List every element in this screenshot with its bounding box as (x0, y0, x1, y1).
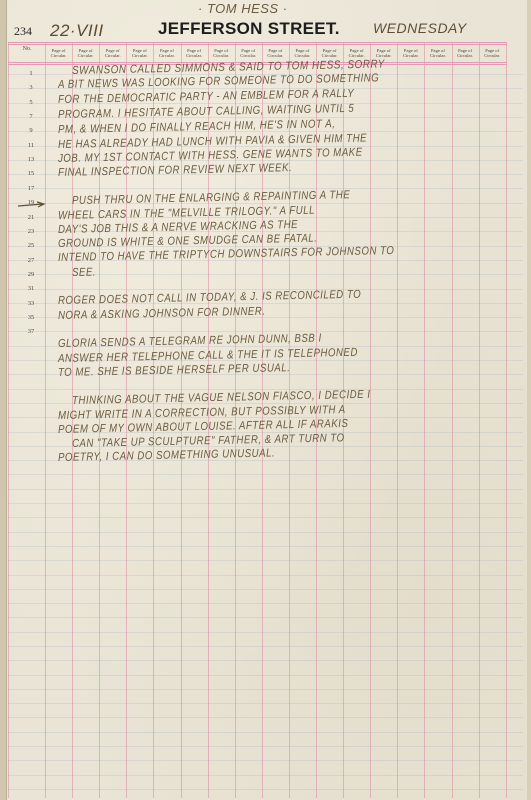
row-rule (8, 489, 523, 490)
row-rule (8, 675, 523, 676)
column-rule (370, 42, 371, 798)
row-number: 17 (20, 185, 42, 192)
column-rule (506, 42, 507, 798)
column-header: Page of Circular. (181, 45, 208, 61)
column-header: Page of Circular. (45, 45, 72, 61)
entry-line: FINAL INSPECTION FOR REVIEW NEXT WEEK. (58, 162, 292, 179)
row-rule (8, 775, 523, 776)
column-header: Page of Circular. (424, 45, 451, 61)
row-rule (8, 546, 523, 547)
row-rule (8, 389, 523, 390)
column-header: Page of Circular. (235, 45, 262, 61)
row-number: 1 (20, 70, 42, 77)
row-rule (8, 789, 523, 790)
row-number: 35 (20, 314, 42, 321)
row-rule (8, 646, 523, 647)
column-header: Page of Circular. (126, 45, 153, 61)
row-number: 37 (20, 328, 42, 335)
row-rule (8, 746, 523, 747)
entry-line: SEE. (72, 266, 96, 279)
row-number: 5 (20, 99, 42, 106)
row-rule (8, 517, 523, 518)
column-rule (424, 42, 425, 798)
row-rule (8, 689, 523, 690)
column-header: Page of Circular. (72, 45, 99, 61)
row-rule (8, 575, 523, 576)
arrow-margin-mark-icon (17, 201, 47, 209)
row-number: 13 (20, 156, 42, 163)
row-number: 15 (20, 170, 42, 177)
column-rule (8, 42, 9, 798)
row-rule (8, 632, 523, 633)
row-number: 3 (20, 84, 42, 91)
header-rule-top (8, 42, 507, 43)
handwritten-date: 22·VIII (50, 21, 104, 41)
row-rule (8, 703, 523, 704)
column-header: Page of Circular. (153, 45, 180, 61)
row-number: 27 (20, 257, 42, 264)
row-number: 7 (20, 113, 42, 120)
column-header: Page of Circular. (208, 45, 235, 61)
ledger-page: 234 22·VIII · TOM HESS · JEFFERSON STREE… (0, 0, 531, 800)
column-header: Page of Circular. (262, 45, 289, 61)
row-rule (8, 331, 523, 332)
row-rule (8, 188, 523, 189)
entry-line: POETRY, I CAN DO SOMETHING UNUSUAL. (58, 447, 275, 464)
row-rule (8, 589, 523, 590)
row-rule (8, 617, 523, 618)
row-rule (8, 560, 523, 561)
row-rule (8, 660, 523, 661)
handwritten-name: · TOM HESS · (198, 1, 288, 16)
row-number: 31 (20, 285, 42, 292)
row-rule (8, 717, 523, 718)
column-header: Page of Circular. (452, 45, 479, 61)
column-rule (397, 42, 398, 798)
row-rule (8, 474, 523, 475)
row-rule (8, 760, 523, 761)
row-number: 25 (20, 242, 42, 249)
column-header: Page of Circular. (289, 45, 316, 61)
row-rule (8, 603, 523, 604)
column-rule (45, 42, 46, 798)
street-title: JEFFERSON STREET. (158, 19, 340, 39)
row-number: 29 (20, 271, 42, 278)
column-header: Page of Circular. (397, 45, 424, 61)
column-header: Page of Circular. (479, 45, 506, 61)
column-rule (479, 42, 480, 798)
column-rule (452, 42, 453, 798)
column-header: Page of Circular. (99, 45, 126, 61)
handwritten-day: WEDNESDAY (373, 20, 467, 36)
row-rule (8, 732, 523, 733)
row-number: 23 (20, 228, 42, 235)
row-number: 33 (20, 300, 42, 307)
row-rule (8, 532, 523, 533)
row-number: 21 (20, 214, 42, 221)
entry-line: TO ME. SHE IS BESIDE HERSELF PER USUAL. (58, 362, 291, 379)
row-rule (8, 503, 523, 504)
no-column-header: No. (10, 46, 44, 52)
page-number: 234 (14, 24, 32, 39)
row-number: 9 (20, 127, 42, 134)
row-number: 11 (20, 142, 42, 149)
